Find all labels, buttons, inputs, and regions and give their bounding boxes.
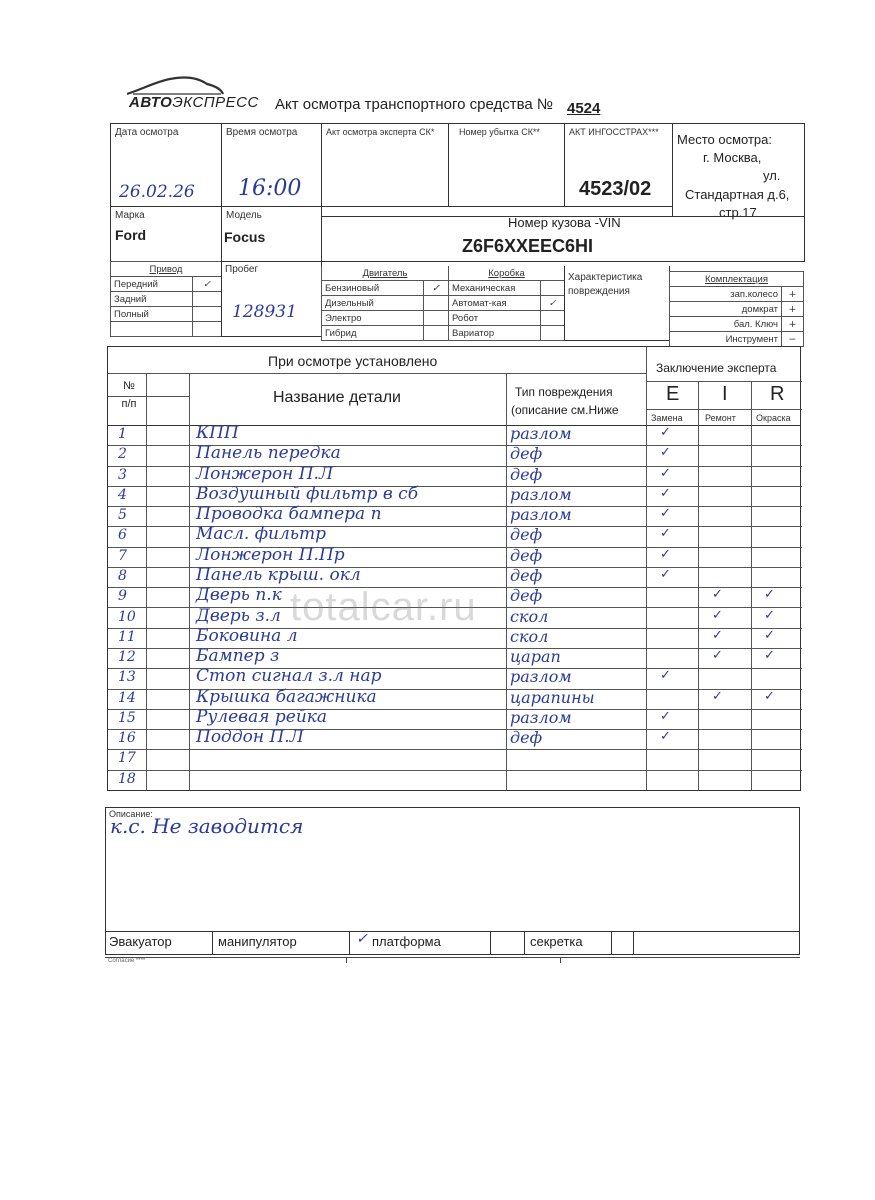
damage-type: скол: [510, 607, 548, 626]
evacuator-platform: платформа: [372, 934, 441, 949]
row-number: 11: [118, 629, 136, 645]
check-icon: ✓: [660, 424, 671, 440]
evacuator-row: Эвакуатор манипулятор ✓ платформа секрет…: [106, 931, 799, 955]
act-number: 4524: [567, 100, 600, 117]
damage-type: разлом: [510, 505, 572, 524]
inspection-date-value: 26.02.26: [119, 182, 195, 202]
damage-type: разлом: [510, 485, 572, 504]
check-icon: ✓: [660, 525, 671, 541]
check-icon: ✓: [424, 281, 449, 296]
drive-table: Привод Передний✓ Задний Полный: [110, 261, 222, 337]
row-number: 7: [118, 548, 127, 564]
row-number: 16: [118, 730, 136, 746]
table-row: 18: [108, 771, 802, 791]
equipment-table: Комплектация зап.колесо+ домкрат+ бал. К…: [669, 271, 804, 347]
company-logo: АВТОЭКСПРЕСС: [125, 74, 225, 118]
row-number: 9: [118, 588, 127, 604]
row-number: 2: [118, 446, 127, 462]
row-number: 18: [118, 771, 136, 787]
check-icon: ✓: [193, 277, 222, 292]
check-icon: ✓: [660, 667, 671, 683]
inspection-time-cell: Время осмотра 16:00: [221, 123, 322, 207]
check-icon: ✓: [764, 627, 775, 643]
engine-option-petrol: Бензиновый✓: [322, 281, 449, 296]
check-icon: ✓: [660, 708, 671, 724]
part-name: Рулевая рейка: [196, 707, 327, 727]
damage-type: скол: [510, 627, 548, 646]
damage-type: деф: [510, 465, 542, 484]
damage-type: царапины: [510, 688, 595, 707]
ingosstrakh-act-value: 4523/02: [579, 178, 651, 201]
damage-type: царап: [510, 647, 561, 666]
expert-act-cell: Акт осмотра эксперта СК*: [321, 123, 449, 207]
inspection-place-cell: Место осмотра: г. Москва, ул. Стандартна…: [672, 123, 805, 217]
part-name: Бампер з: [196, 646, 279, 666]
check-icon: ✓: [712, 688, 723, 704]
check-icon: ✓: [764, 586, 775, 602]
check-icon: ✓: [660, 485, 671, 501]
watermark: totalcar.ru: [290, 585, 477, 630]
check-icon: ✓: [712, 647, 723, 663]
drive-option-front: Передний✓: [111, 277, 222, 292]
damage-type: деф: [510, 566, 542, 585]
part-name: Панель крыш. окл: [196, 565, 361, 585]
vin-value: Z6F6XXEEC6HI: [462, 236, 593, 257]
table-row: 16Поддон П.Лдеф✓: [108, 730, 802, 750]
damage-type: деф: [510, 728, 542, 747]
inspection-table-header: При осмотре установлено Заключение экспе…: [107, 346, 801, 426]
ingosstrakh-act-cell: АКТ ИНГОССТРАХ*** 4523/02: [564, 123, 673, 207]
evacuator-lock: секретка: [530, 934, 583, 949]
car-silhouette-icon: [125, 74, 225, 96]
row-number: 13: [118, 669, 136, 685]
loss-number-cell: Номер убытка СК**: [448, 123, 565, 207]
check-icon: ✓: [712, 586, 723, 602]
equipment-wheel-key: бал. Ключ+: [670, 317, 804, 332]
engine-option-hybrid: Гибрид: [322, 326, 449, 341]
check-icon: ✓: [660, 728, 671, 744]
check-icon: ✓: [712, 607, 723, 623]
check-icon: ✓: [660, 465, 671, 481]
check-icon: ✓: [764, 688, 775, 704]
description-box: Описание: к.с. Не заводится Эвакуатор ма…: [105, 807, 800, 955]
make-value: Ford: [115, 227, 146, 243]
gearbox-table: Коробка Механическая Автомат-кая✓ Робот …: [448, 266, 565, 341]
row-number: 17: [118, 750, 136, 766]
check-icon: ✓: [356, 931, 368, 947]
engine-option-diesel: Дизельный: [322, 296, 449, 311]
mileage-value: 128931: [232, 302, 297, 322]
part-name: Поддон П.Л: [196, 727, 304, 747]
part-name: Проводка бампера п: [196, 504, 382, 524]
check-icon: ✓: [660, 505, 671, 521]
part-name: Масл. фильтр: [196, 524, 326, 544]
part-name: Воздушный фильтр в сб: [196, 484, 418, 504]
vehicle-spec-block: Привод Передний✓ Задний Полный Пробег 12…: [110, 261, 810, 345]
gearbox-option-manual: Механическая: [449, 281, 565, 296]
part-name: Дверь з.л: [196, 606, 281, 626]
gearbox-option-robot: Робот: [449, 311, 565, 326]
equipment-tools: Инструмент−: [670, 332, 804, 347]
part-name: Лонжерон П.Пр: [196, 545, 345, 565]
row-number: 15: [118, 710, 136, 726]
equipment-jack: домкрат+: [670, 302, 804, 317]
part-name: Лонжерон П.Л: [196, 464, 333, 484]
row-number: 6: [118, 527, 127, 543]
check-icon: ✓: [712, 627, 723, 643]
check-icon: ✓: [660, 566, 671, 582]
description-value: к.с. Не заводится: [110, 814, 303, 838]
damage-type: разлом: [510, 708, 572, 727]
check-icon: ✓: [660, 546, 671, 562]
equipment-spare-wheel: зап.колесо+: [670, 287, 804, 302]
part-name: Боковина л: [196, 626, 298, 646]
damage-characteristic-cell: Характеристика повреждения: [564, 266, 670, 341]
damage-type: деф: [510, 586, 542, 605]
mileage-cell: Пробег 128931: [221, 261, 322, 337]
part-name: КПП: [196, 423, 239, 443]
inspection-time-value: 16:00: [238, 176, 301, 201]
make-cell: Марка Ford: [110, 206, 222, 262]
row-number: 4: [118, 487, 127, 503]
check-icon: ✓: [764, 607, 775, 623]
drive-option-rear: Задний: [111, 292, 222, 307]
damage-type: деф: [510, 444, 542, 463]
part-name: Крышка багажника: [196, 687, 377, 707]
row-number: 1: [118, 426, 127, 442]
damage-type: деф: [510, 546, 542, 565]
row-number: 12: [118, 649, 136, 665]
evacuator-manipulator: манипулятор: [218, 934, 297, 949]
check-icon: ✓: [660, 444, 671, 460]
part-name: Дверь п.к: [196, 585, 282, 605]
model-value: Focus: [224, 229, 265, 245]
row-number: 3: [118, 467, 127, 483]
model-cell: Модель Focus: [221, 206, 322, 262]
drive-option-awd: Полный: [111, 307, 222, 322]
gearbox-option-auto: Автомат-кая✓: [449, 296, 565, 311]
engine-table: Двигатель Бензиновый✓ Дизельный Электро …: [321, 266, 449, 341]
row-number: 14: [118, 690, 136, 706]
engine-option-electric: Электро: [322, 311, 449, 326]
table-row: 17: [108, 750, 802, 770]
inspection-date-cell: Дата осмотра 26.02.26: [110, 123, 222, 207]
part-name: Панель передка: [196, 443, 341, 463]
damage-type: разлом: [510, 667, 572, 686]
check-icon: ✓: [541, 296, 565, 311]
part-name: Стоп сигнал з.л нар: [196, 666, 381, 686]
damage-type: деф: [510, 525, 542, 544]
damage-type: разлом: [510, 424, 572, 443]
row-number: 8: [118, 568, 127, 584]
check-icon: ✓: [764, 647, 775, 663]
row-number: 10: [118, 609, 136, 625]
document-title: Акт осмотра транспортного средства №: [275, 96, 553, 113]
gearbox-option-cvt: Вариатор: [449, 326, 565, 341]
row-number: 5: [118, 507, 127, 523]
footer-partial: Согласие ****: [108, 958, 145, 963]
